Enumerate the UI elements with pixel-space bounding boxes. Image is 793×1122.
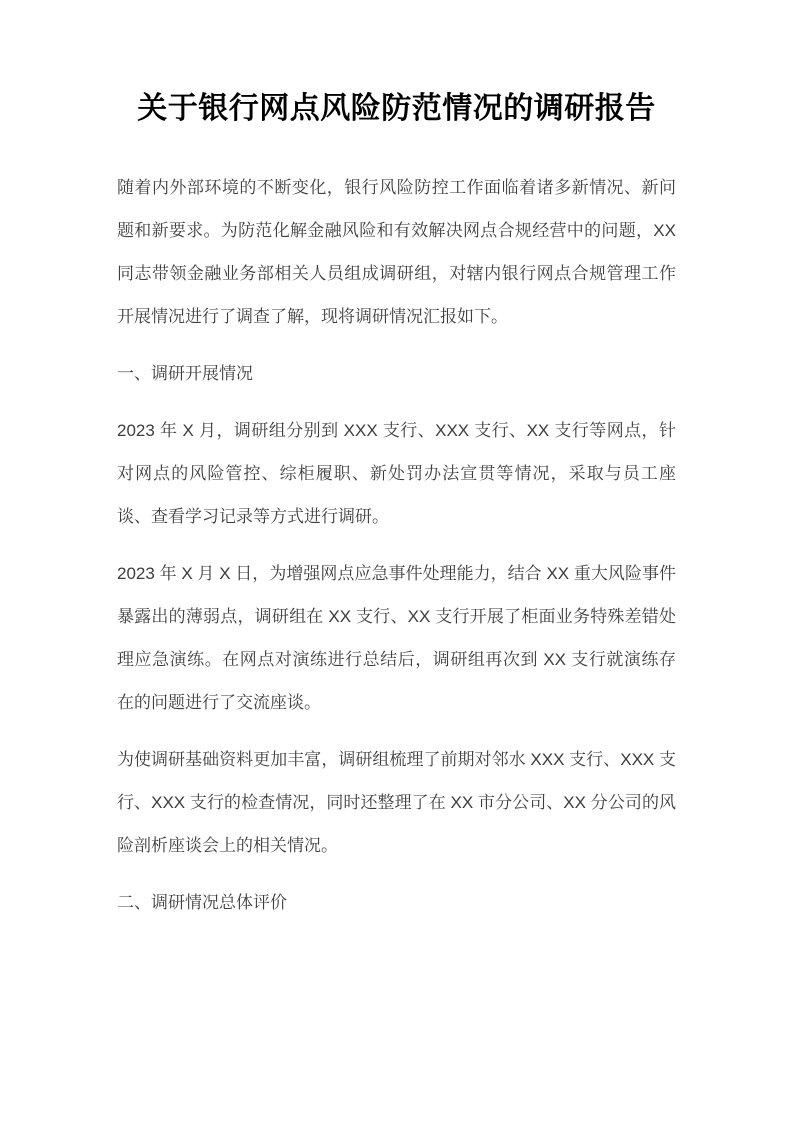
document-page: 关于银行网点风险防范情况的调研报告 随着内外部环境的不断变化，银行风险防控工作面… — [0, 0, 793, 1122]
paragraph: 2023 年 X 月 X 日，为增强网点应急事件处理能力，结合 XX 重大风险事… — [117, 552, 676, 724]
section-heading: 二、调研情况总体评价 — [117, 881, 676, 924]
section-heading: 一、调研开展情况 — [117, 352, 676, 395]
document-title: 关于银行网点风险防范情况的调研报告 — [117, 88, 676, 130]
document-body: 随着内外部环境的不断变化，银行风险防控工作面临着诸多新情况、新问题和新要求。为防… — [117, 166, 676, 924]
paragraph: 随着内外部环境的不断变化，银行风险防控工作面临着诸多新情况、新问题和新要求。为防… — [117, 166, 676, 338]
paragraph: 为使调研基础资料更加丰富，调研组梳理了前期对邻水 XXX 支行、XXX 支行、X… — [117, 738, 676, 867]
paragraph: 2023 年 X 月，调研组分别到 XXX 支行、XXX 支行、XX 支行等网点… — [117, 409, 676, 538]
